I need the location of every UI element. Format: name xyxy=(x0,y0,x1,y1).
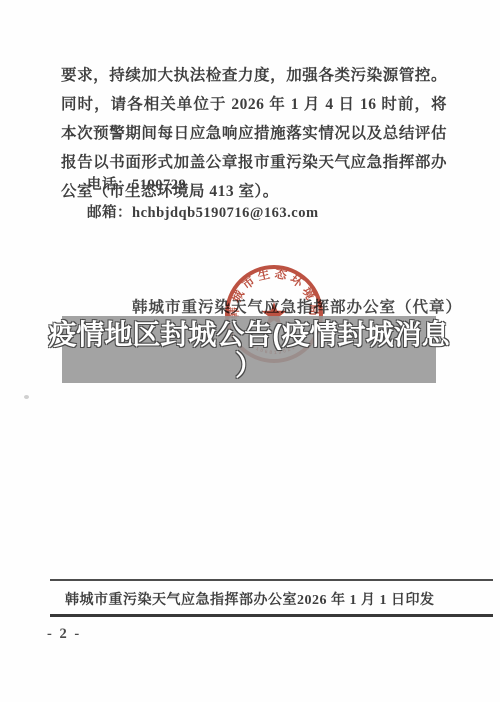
footer-print-date: 2026 年 1 月 1 日印发 xyxy=(297,589,435,609)
overlay-headline-line2: ） xyxy=(235,350,263,381)
page-number: - 2 - xyxy=(47,626,81,643)
scan-artifact-speck xyxy=(24,395,29,399)
email-label: 邮箱： xyxy=(87,205,132,221)
footer-rule-bottom xyxy=(50,614,493,617)
scanned-document-page: 要求，持续加大执法检查力度，加强各类污染源管控。同时，请各相关单位于 2026 … xyxy=(0,0,500,702)
email-value: hchbjdqb5190716@163.com xyxy=(132,205,319,221)
censor-band: 疫情地区封城公告(疫情封城消息 ） xyxy=(62,316,436,383)
footer-rule-top xyxy=(50,579,493,581)
footer-row: 韩城市重污染天气应急指挥部办公室 2026 年 1 月 1 日印发 xyxy=(65,589,425,609)
phone-line: 电话：5190729 xyxy=(87,173,186,194)
overlay-headline-line1: 疫情地区封城公告(疫情封城消息 xyxy=(48,319,449,350)
phone-value: 5190729 xyxy=(132,177,186,193)
footer-issuer: 韩城市重污染天气应急指挥部办公室 xyxy=(65,589,297,609)
phone-label: 电话： xyxy=(87,177,132,193)
email-line: 邮箱：hchbjdqb5190716@163.com xyxy=(87,201,319,222)
